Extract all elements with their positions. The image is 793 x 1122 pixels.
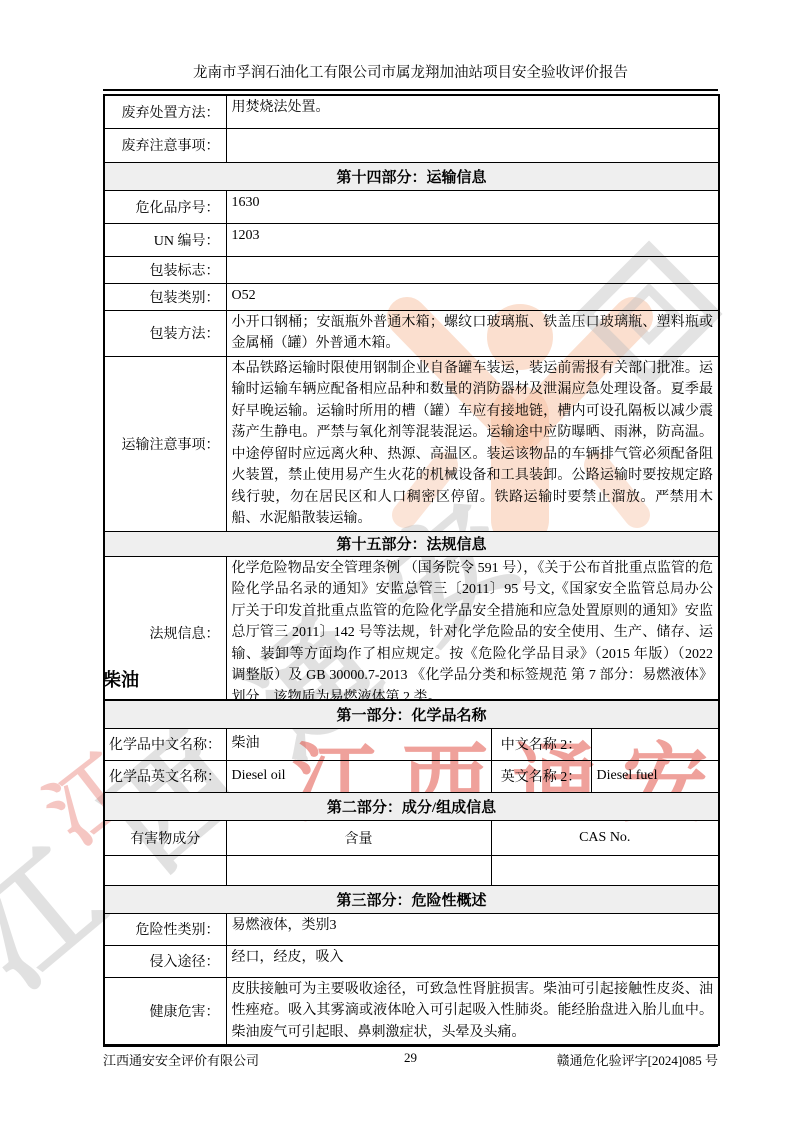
column-header-component: 有害物成分	[104, 820, 226, 855]
table-row-regulatory-info: 法规信息： 化学危险物品安全管理条例 （国务院令 591 号），《关于公布首批重…	[104, 556, 719, 710]
row-value: O52	[226, 283, 719, 310]
diesel-heading: 柴油	[103, 666, 139, 692]
row-value	[226, 256, 719, 283]
row-label: 健康危害：	[104, 977, 226, 1045]
section-title: 第三部分：危险性概述	[104, 885, 719, 913]
section-header-chemical-name: 第一部分：化学品名称	[104, 700, 719, 728]
table-row-hazard-serial: 危化品序号： 1630	[104, 190, 719, 223]
section-title: 第十五部分：法规信息	[104, 531, 719, 556]
report-page: 江西通安 江西通安 江 龙南市孚润石油化工有限公司市属龙翔加油站项目安全验收评价…	[0, 0, 793, 1122]
row-label-2: 英文名称 2：	[491, 760, 591, 792]
row-label: 化学品中文名称：	[104, 728, 226, 760]
table-row-health-hazard: 健康危害： 皮肤接触可为主要吸收途径，可致急性肾脏损害。柴油可引起接触性皮炎、油…	[104, 977, 719, 1045]
row-value	[226, 128, 719, 162]
row-label: 废弃处置方法：	[104, 95, 226, 128]
footer-company: 江西通安安全评价有限公司	[103, 1050, 404, 1069]
row-value: Diesel oil	[226, 760, 491, 792]
row-label: 包装类别：	[104, 283, 226, 310]
row-value: 易燃液体，类别3	[226, 913, 719, 945]
row-value: 用焚烧法处置。	[226, 95, 719, 128]
row-label: 包装标志：	[104, 256, 226, 283]
row-value: 1203	[226, 223, 719, 256]
row-label: 运输注意事项：	[104, 356, 226, 531]
column-header-content: 含量	[226, 820, 491, 855]
footer-rule	[103, 1046, 718, 1047]
row-label: 化学品英文名称：	[104, 760, 226, 792]
msds-transport-regulatory-table: 废弃处置方法： 用焚烧法处置。 废弃注意事项： 第十四部分：运输信息 危化品序号…	[103, 94, 720, 711]
cell-cas	[491, 855, 719, 885]
row-value: 本品铁路运输时限使用钢制企业自备罐车装运，装运前需报有关部门批准。运输时运输车辆…	[226, 356, 719, 531]
row-label: 危险性类别：	[104, 913, 226, 945]
footer-page-number: 29	[404, 1050, 417, 1069]
cell-component	[104, 855, 226, 885]
table-row-disposal-method: 废弃处置方法： 用焚烧法处置。	[104, 95, 719, 128]
section-header-hazard-overview: 第三部分：危险性概述	[104, 885, 719, 913]
table-row-un-number: UN 编号： 1203	[104, 223, 719, 256]
row-value: 1630	[226, 190, 719, 223]
cell-content	[226, 855, 491, 885]
row-value-2: Diesel fuel	[591, 760, 719, 792]
row-value: 皮肤接触可为主要吸收途径，可致急性肾脏损害。柴油可引起接触性皮炎、油性痤疮。吸入…	[226, 977, 719, 1045]
row-value-2	[591, 728, 719, 760]
composition-header-row: 有害物成分 含量 CAS No.	[104, 820, 719, 855]
row-value: 小开口钢桶；安瓿瓶外普通木箱；螺纹口玻璃瓶、铁盖压口玻璃瓶、塑料瓶或金属桶（罐）…	[226, 310, 719, 356]
document-content: 龙南市孚润石油化工有限公司市属龙翔加油站项目安全验收评价报告 废弃处置方法： 用…	[103, 0, 718, 1122]
footer-doc-number: 赣通危化验评字[2024]085 号	[417, 1050, 718, 1069]
table-row-hazard-category: 危险性类别： 易燃液体，类别3	[104, 913, 719, 945]
section-header-transport-info: 第十四部分：运输信息	[104, 162, 719, 190]
diesel-msds-table: 第一部分：化学品名称 化学品中文名称： 柴油 中文名称 2： 化学品英文名称： …	[103, 699, 720, 1046]
column-header-cas: CAS No.	[491, 820, 719, 855]
table-row-disposal-notes: 废弃注意事项：	[104, 128, 719, 162]
section-title: 第十四部分：运输信息	[104, 162, 719, 190]
row-value: 经口，经皮，吸入	[226, 945, 719, 977]
row-label: 废弃注意事项：	[104, 128, 226, 162]
row-label: 危化品序号：	[104, 190, 226, 223]
page-footer: 江西通安安全评价有限公司 29 赣通危化验评字[2024]085 号	[103, 1050, 718, 1069]
table-row-packing-category: 包装类别： O52	[104, 283, 719, 310]
row-label: 包装方法：	[104, 310, 226, 356]
table-row-chinese-name: 化学品中文名称： 柴油 中文名称 2：	[104, 728, 719, 760]
section-title: 第二部分：成分/组成信息	[104, 792, 719, 820]
row-value: 柴油	[226, 728, 491, 760]
section-title: 第一部分：化学品名称	[104, 700, 719, 728]
header-rule	[103, 89, 718, 91]
table-row-english-name: 化学品英文名称： Diesel oil 英文名称 2： Diesel fuel	[104, 760, 719, 792]
composition-empty-row	[104, 855, 719, 885]
table-row-transport-notes: 运输注意事项： 本品铁路运输时限使用钢制企业自备罐车装运，装运前需报有关部门批准…	[104, 356, 719, 531]
section-header-regulatory-info: 第十五部分：法规信息	[104, 531, 719, 556]
row-label-2: 中文名称 2：	[491, 728, 591, 760]
row-value: 化学危险物品安全管理条例 （国务院令 591 号），《关于公布首批重点监管的危险…	[226, 556, 719, 710]
table-row-packing-mark: 包装标志：	[104, 256, 719, 283]
table-row-packing-method: 包装方法： 小开口钢桶；安瓿瓶外普通木箱；螺纹口玻璃瓶、铁盖压口玻璃瓶、塑料瓶或…	[104, 310, 719, 356]
report-header-title: 龙南市孚润石油化工有限公司市属龙翔加油站项目安全验收评价报告	[103, 61, 718, 82]
row-label: 侵入途径：	[104, 945, 226, 977]
row-label: UN 编号：	[104, 223, 226, 256]
table-row-entry-route: 侵入途径： 经口，经皮，吸入	[104, 945, 719, 977]
section-header-composition-info: 第二部分：成分/组成信息	[104, 792, 719, 820]
